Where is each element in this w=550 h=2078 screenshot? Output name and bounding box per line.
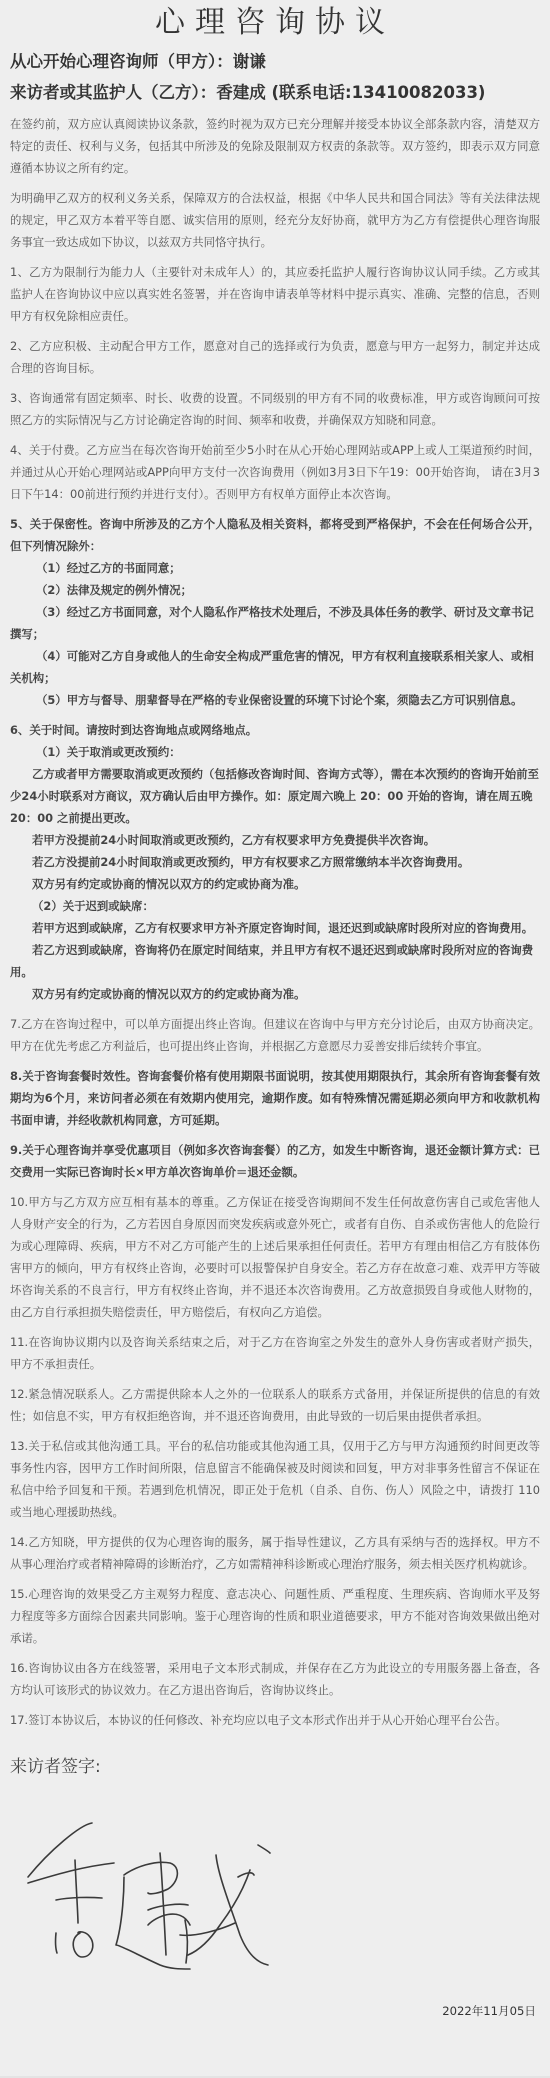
clause-17: 17.签订本协议后，本协议的任何修改、补充均应以电子文本形式作出并于从心开始心理… [10, 1709, 540, 1731]
clause-1: 1、乙方为限制行为能力人（主要针对未成年人）的，其应委托监护人履行咨询协议认同手… [10, 261, 540, 327]
clause-2: 2、乙方应积极、主动配合甲方工作，愿意对自己的选择或行为负责，愿意与甲方一起努力… [10, 335, 540, 379]
clause-6-sub2-title: （2）关于迟到或缺席： [10, 895, 540, 917]
clause-10: 10.甲方与乙方双方应互相有基本的尊重。乙方保证在接受咨询期间不发生任何故意伤害… [10, 1191, 540, 1323]
clause-5-item: （1）经过乙方的书面同意； [10, 557, 540, 579]
clause-14: 14.乙方知晓，甲方提供的仅为心理咨询的服务，属于指导性建议，乙方具有采纳与否的… [10, 1531, 540, 1575]
clause-7: 7.乙方在咨询过程中，可以单方面提出终止咨询。但建议在咨询中与甲方充分讨论后，由… [10, 1013, 540, 1057]
clause-6-sub1-line: 若乙方没提前24小时间取消或更改预约，甲方有权要求乙方照常缴纳本半次咨询费用。 [10, 851, 540, 873]
clause-6-sub2-line: 若乙方迟到或缺席，咨询将仍在原定时间结束，并且甲方有权不退还迟到或缺席时段所对应… [10, 939, 540, 983]
signing-date: 2022年11月05日 [442, 2003, 536, 2019]
clause-6: 6、关于时间。请按时到达咨询地点或网络地点。 （1）关于取消或更改预约： 乙方或… [10, 719, 540, 1005]
handwritten-signature [20, 1805, 300, 1975]
document-title: 心理咨询协议 [10, 0, 540, 42]
clause-4: 4、关于付费。乙方应当在每次咨询开始前至少5小时在从心开始心理网站或APP上或人… [10, 439, 540, 505]
agreement-document: 心理咨询协议 从心开始心理咨询师（甲方）：谢谦 来访者或其监护人（乙方）：香建成… [0, 0, 550, 1779]
clause-6-sub2-line: 若甲方迟到或缺席，乙方有权要求甲方补齐原定咨询时间，退还迟到或缺席时段所对应的咨… [10, 917, 540, 939]
clause-12: 12.紧急情况联系人。乙方需提供除本人之外的一位联系人的联系方式备用，并保证所提… [10, 1383, 540, 1427]
clause-13: 13.关于私信或其他沟通工具。平台的私信功能或其他沟通工具，仅用于乙方与甲方沟通… [10, 1435, 540, 1523]
clause-3: 3、咨询通常有固定频率、时长、收费的设置。不同级别的甲方有不同的收费标准，甲方或… [10, 387, 540, 431]
clause-5-item: （3）经过乙方书面同意，对个人隐私作严格技术处理后，不涉及具体任务的教学、研讨及… [10, 601, 540, 645]
clause-6-sub2-line: 双方另有约定或协商的情况以双方的约定或协商为准。 [10, 983, 540, 1005]
preamble-2: 为明确甲乙双方的权利义务关系，保障双方的合法权益，根据《中华人民共和国合同法》等… [10, 187, 540, 253]
party-a: 从心开始心理咨询师（甲方）：谢谦 [10, 51, 540, 73]
clause-6-sub1-line: 若甲方没提前24小时间取消或更改预约，乙方有权要求甲方免费提供半次咨询。 [10, 829, 540, 851]
party-b: 来访者或其监护人（乙方）：香建成 (联系电话:13410082033) [10, 82, 540, 104]
clause-9: 9.关于心理咨询并享受优惠项目（例如多次咨询套餐）的乙方，如发生中断咨询，退还金… [10, 1139, 540, 1183]
preamble-1: 在签约前，双方应认真阅读协议条款，签约时视为双方已充分理解并接受本协议全部条款内… [10, 113, 540, 179]
clause-6-heading: 6、关于时间。请按时到达咨询地点或网络地点。 [10, 719, 540, 741]
clause-8: 8.关于咨询套餐时效性。咨询套餐价格有使用期限书面说明，按其使用期限执行，其余所… [10, 1065, 540, 1131]
clause-6-sub1-title: （1）关于取消或更改预约： [10, 741, 540, 763]
clause-5-item: （5）甲方与督导、朋辈督导在严格的专业保密设置的环境下讨论个案，须隐去乙方可识别… [10, 689, 540, 711]
clause-5-item: （4）可能对乙方自身或他人的生命安全构成严重危害的情况，甲方有权利直接联系相关家… [10, 645, 540, 689]
clause-5: 5、关于保密性。咨询中所涉及的乙方个人隐私及相关资料，都将受到严格保护，不会在任… [10, 513, 540, 711]
clause-6-sub1-line: 双方另有约定或协商的情况以双方的约定或协商为准。 [10, 873, 540, 895]
clause-11: 11.在咨询协议期内以及咨询关系结束之后，对于乙方在咨询室之外发生的意外人身伤害… [10, 1331, 540, 1375]
signature-label: 来访者签字: [10, 1755, 540, 1779]
clause-5-item: （2）法律及规定的例外情况； [10, 579, 540, 601]
clause-5-heading: 5、关于保密性。咨询中所涉及的乙方个人隐私及相关资料，都将受到严格保护，不会在任… [10, 513, 540, 557]
clause-6-sub1-body: 乙方或者甲方需要取消或更改预约（包括修改咨询时间、咨询方式等），需在本次预约的咨… [10, 763, 540, 829]
clause-16: 16.咨询协议由各方在线签署，采用电子文本形式制成，并保存在乙方为此设立的专用服… [10, 1657, 540, 1701]
clause-15: 15.心理咨询的效果受乙方主观努力程度、意志决心、问题性质、严重程度、生理疾病、… [10, 1583, 540, 1649]
